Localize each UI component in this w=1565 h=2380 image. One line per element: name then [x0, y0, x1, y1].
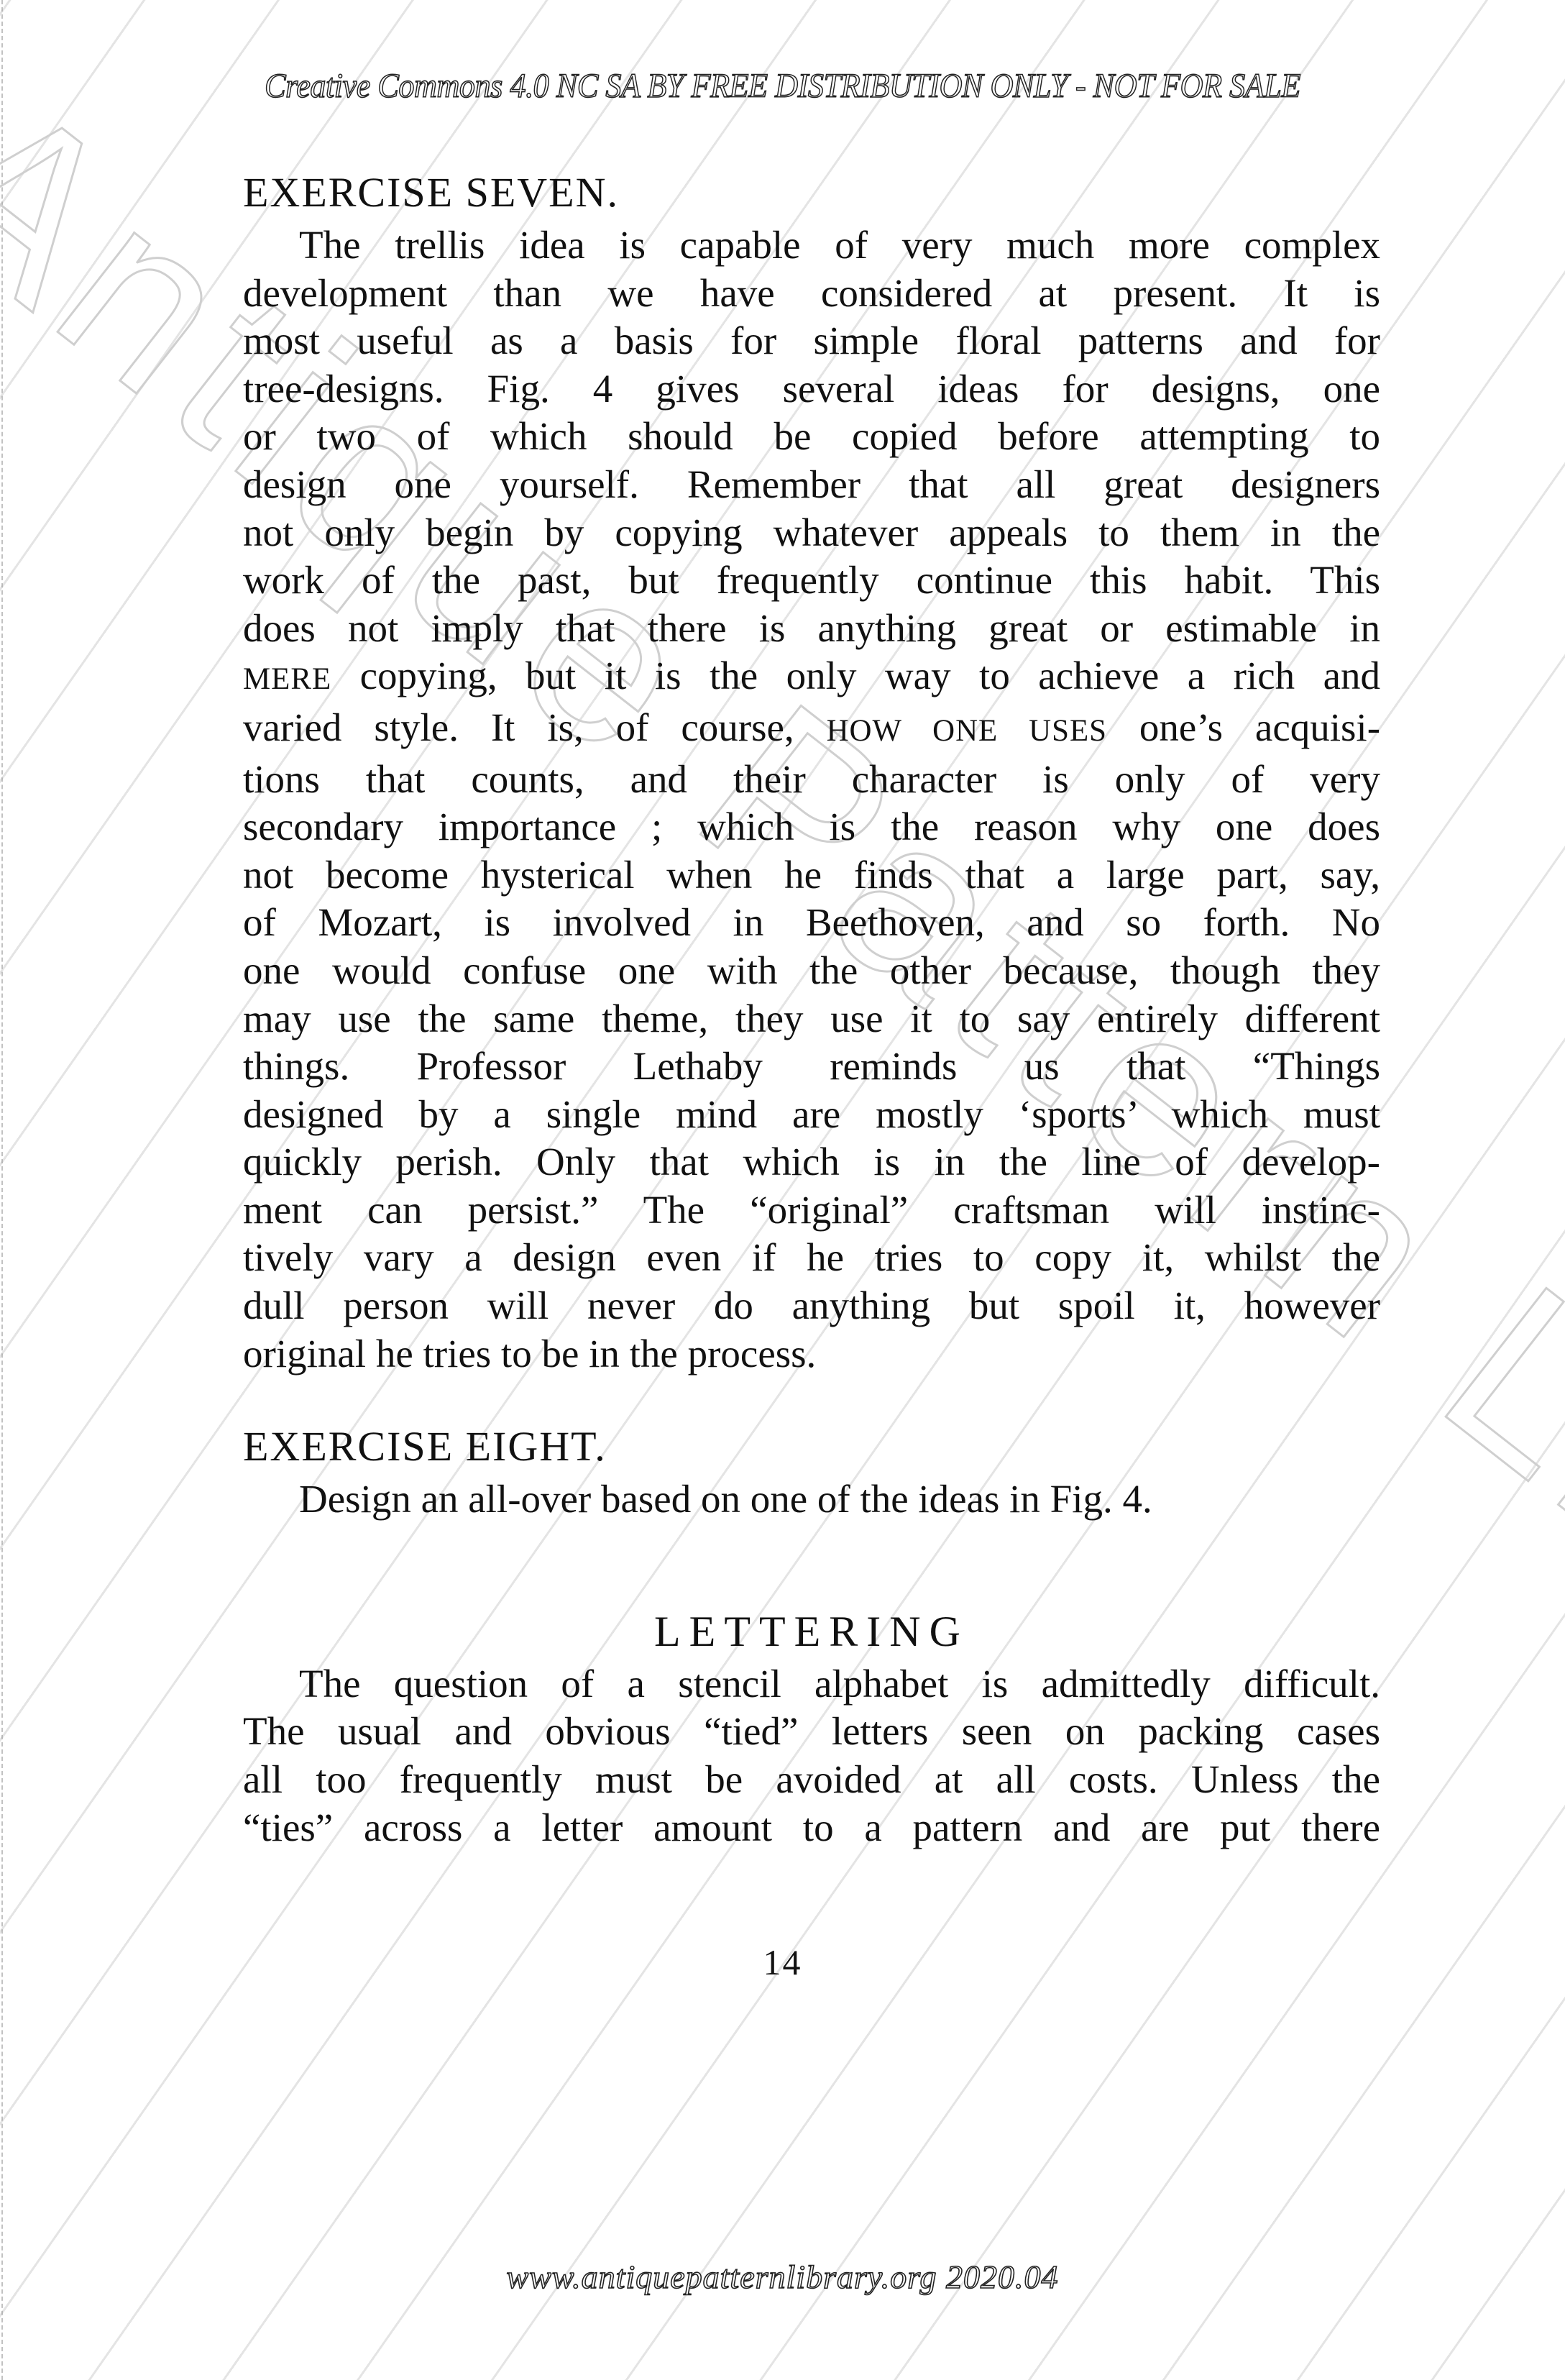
text-line: things. Professor Lethaby reminds us tha… [243, 1043, 1380, 1091]
text-fragment: varied style. It is, of course, [243, 705, 827, 749]
exercise-eight-heading: EXERCISE EIGHT. [243, 1418, 1380, 1475]
text-line: tively vary a design even if he tries to… [243, 1234, 1380, 1282]
exercise-eight-paragraph: Design an all-over based on one of the i… [243, 1475, 1380, 1524]
exercise-seven-paragraph: The trellis idea is capable of very much… [243, 221, 1380, 1378]
text-line: dull person will never do anything but s… [243, 1282, 1380, 1330]
scan-left-edge [1, 0, 5, 2380]
lettering-title: LETTERING [243, 1603, 1380, 1660]
page-body: EXERCISE SEVEN. The trellis idea is capa… [243, 164, 1380, 1852]
text-line: all too frequently must be avoided at al… [243, 1756, 1380, 1804]
text-line: designed by a single mind are mostly ‘sp… [243, 1091, 1380, 1139]
text-line: tree-designs. Fig. 4 gives several ideas… [243, 365, 1380, 413]
text-line: one would confuse one with the other bec… [243, 947, 1380, 995]
text-line: “ties” across a letter amount to a patte… [243, 1804, 1380, 1852]
text-line: of Mozart, is involved in Beethoven, and… [243, 899, 1380, 947]
smallcaps-how-one-uses: how one uses [827, 714, 1107, 748]
text-line: varied style. It is, of course, how one … [243, 704, 1380, 756]
spacer [243, 1524, 1380, 1603]
text-line: design one yourself. Remember that all g… [243, 461, 1380, 509]
text-line: may use the same theme, they use it to s… [243, 995, 1380, 1043]
text-line: The question of a stencil alphabet is ad… [243, 1660, 1380, 1708]
text-line: original he tries to be in the process. [243, 1330, 1380, 1378]
text-line: or two of which should be copied before … [243, 413, 1380, 461]
text-line: The usual and obvious “tied” letters see… [243, 1708, 1380, 1756]
text-line: Design an all-over based on one of the i… [299, 1475, 1380, 1524]
text-line: does not imply that there is anything gr… [243, 605, 1380, 653]
spacer [243, 1378, 1380, 1418]
license-header: Creative Commons 4.0 NC SA BY FREE DISTR… [63, 66, 1502, 106]
text-line: not become hysterical when he finds that… [243, 851, 1380, 900]
text-line: not only begin by copying whatever appea… [243, 509, 1380, 557]
smallcaps-mere: mere [243, 662, 331, 696]
text-fragment: one’s acquisi- [1107, 705, 1380, 749]
exercise-seven-heading: EXERCISE SEVEN. [243, 164, 1380, 221]
site-footer: www.antiquepatternlibrary.org 2020.04 [0, 2258, 1565, 2296]
text-line: ment can persist.” The “original” crafts… [243, 1186, 1380, 1235]
text-line: most useful as a basis for simple floral… [243, 317, 1380, 365]
text-line: The trellis idea is capable of very much… [243, 221, 1380, 270]
text-line: tions that counts, and their character i… [243, 756, 1380, 804]
text-line: development than we have considered at p… [243, 270, 1380, 318]
page-number: 14 [0, 1941, 1565, 1983]
text-line: quickly perish. Only that which is in th… [243, 1138, 1380, 1186]
text-fragment: copying, but it is the only way to achie… [331, 654, 1380, 697]
text-line: mere copying, but it is the only way to … [243, 652, 1380, 704]
text-line: work of the past, but frequently continu… [243, 557, 1380, 605]
lettering-paragraph: The question of a stencil alphabet is ad… [243, 1660, 1380, 1852]
text-line: secondary importance ; which is the reas… [243, 803, 1380, 851]
